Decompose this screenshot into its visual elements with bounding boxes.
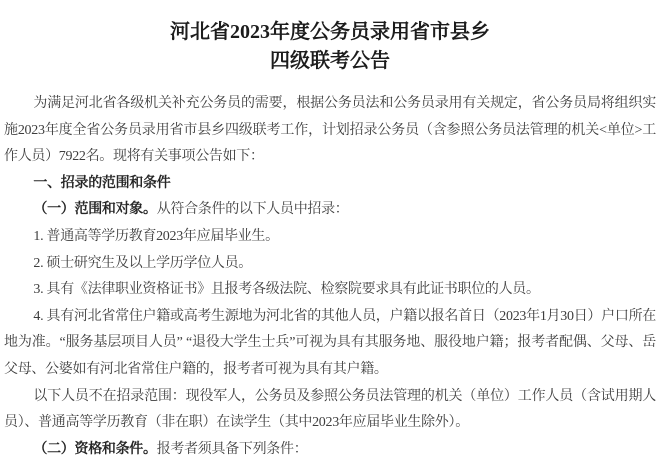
section-1-heading: 一、招录的范围和条件: [4, 171, 656, 198]
document-title-line1: 河北省2023年度公务员录用省市县乡: [4, 18, 656, 47]
qualifications-paragraph: （二）资格和条件。报考者须具备下列条件：: [4, 437, 656, 464]
list-item-2: 2. 硕士研究生及以上学历学位人员。: [4, 251, 656, 278]
scope-paragraph: （一）范围和对象。从符合条件的以下人员中招录：: [4, 197, 656, 224]
scope-paragraph-lead: （一）范围和对象。: [33, 202, 156, 217]
scope-paragraph-text: 从符合条件的以下人员中招录：: [157, 202, 349, 217]
announcement-document: 河北省2023年度公务员录用省市县乡 四级联考公告 为满足河北省各级机关补充公务…: [0, 0, 660, 464]
list-item-3: 3. 具有《法律职业资格证书》且报考各级法院、检察院要求具有此证书职位的人员。: [4, 277, 656, 304]
document-title-line2: 四级联考公告: [4, 47, 656, 76]
list-item-1: 1. 普通高等学历教育2023年应届毕业生。: [4, 224, 656, 251]
excluded-persons-paragraph: 以下人员不在招录范围：现役军人，公务员及参照公务员法管理的机关（单位）工作人员（…: [4, 384, 656, 437]
document-title: 河北省2023年度公务员录用省市县乡 四级联考公告: [4, 18, 656, 76]
list-item-4: 4. 具有河北省常住户籍或高考生源地为河北省的其他人员，户籍以报名首日（2023…: [4, 304, 656, 384]
intro-paragraph: 为满足河北省各级机关补充公务员的需要，根据公务员法和公务员录用有关规定，省公务员…: [4, 91, 656, 171]
qualifications-paragraph-lead: （二）资格和条件。: [33, 442, 156, 457]
qualifications-paragraph-text: 报考者须具备下列条件：: [157, 442, 308, 457]
